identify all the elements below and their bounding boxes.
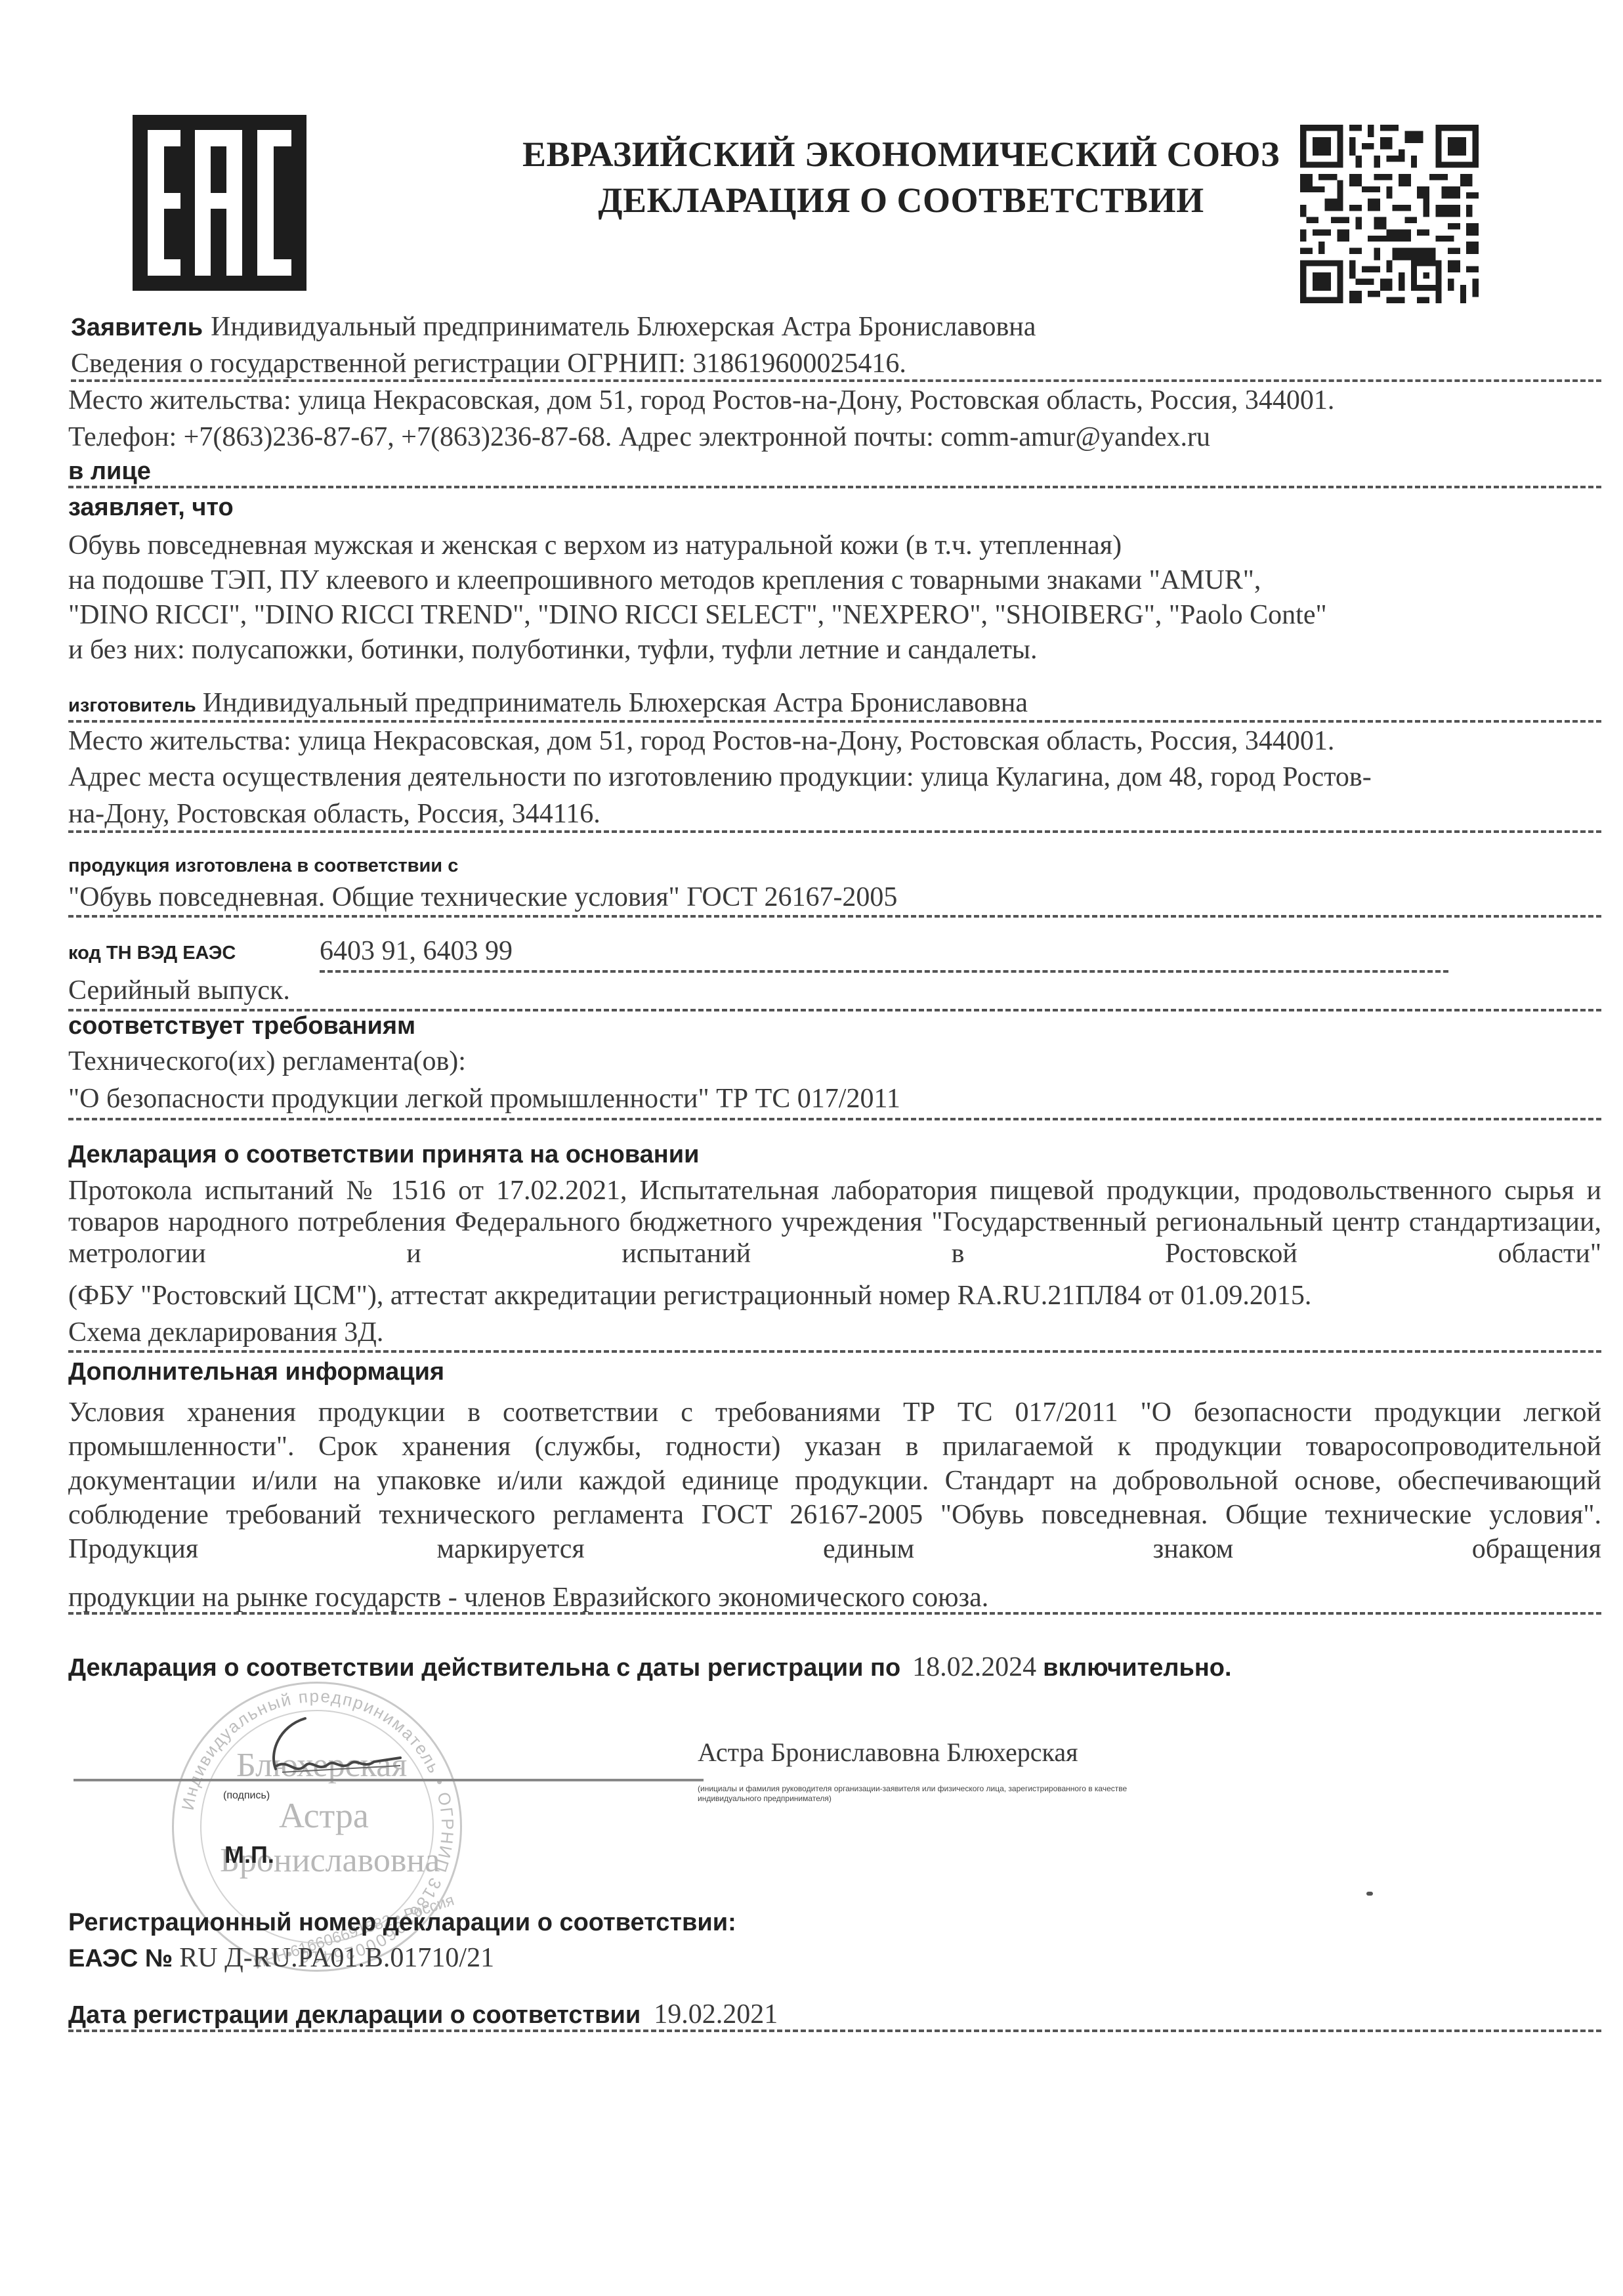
signer-name-caption: (инициалы и фамилия руководителя организ…	[698, 1784, 1127, 1804]
complies-line-2: "О безопасности продукции легкой промышл…	[68, 1083, 900, 1115]
validity-suffix: включительно.	[1043, 1654, 1231, 1682]
applicant-row: Заявитель Индивидуальный предприниматель…	[71, 311, 1036, 343]
divider	[71, 379, 1601, 382]
scan-mark	[1366, 1892, 1373, 1896]
represented-by-label: в лице	[68, 457, 151, 486]
produced-per-label: продукция изготовлена в соответствии с	[68, 855, 458, 877]
registration-date-row: Дата регистрации декларации о соответств…	[68, 1999, 778, 2030]
manufacturer-row: изготовитель Индивидуальный предпринимат…	[68, 687, 1028, 719]
validity-date: 18.02.2024	[912, 1652, 1036, 1682]
registration-number-row: ЕАЭС № RU Д-RU.PA01.B.01710/21	[68, 1942, 494, 1974]
signature-line	[74, 1779, 704, 1781]
applicant-label: Заявитель	[71, 314, 203, 341]
basis-text: Протокола испытаний № 1516 от 17.02.2021…	[68, 1175, 1601, 1269]
divider	[68, 1612, 1601, 1615]
manufacturer-name: Индивидуальный предприниматель Блюхерска…	[203, 688, 1028, 718]
registration-date-label: Дата регистрации декларации о соответств…	[68, 2001, 641, 2029]
divider	[68, 830, 1601, 833]
validity-row: Декларация о соответствии действительна …	[68, 1651, 1232, 1683]
divider	[68, 2030, 1601, 2032]
signer-name: Астра Брониславовна Блюхерская	[698, 1737, 1078, 1768]
qr-code-icon	[1298, 125, 1481, 303]
additional-label: Дополнительная информация	[68, 1358, 444, 1386]
divider	[68, 915, 1601, 918]
product-line-3: "DINO RICCI", "DINO RICCI TREND", "DINO …	[68, 599, 1327, 631]
produced-per-value: "Обувь повседневная. Общие технические у…	[68, 882, 897, 913]
tn-ved-value: 6403 91, 6403 99	[320, 935, 513, 967]
registration-date: 19.02.2021	[654, 1999, 778, 2030]
divider	[320, 970, 1448, 973]
validity-label: Декларация о соответствии действительна …	[68, 1654, 900, 1682]
manufacturer-residence: Место жительства: улица Некрасовская, до…	[68, 725, 1334, 757]
signature-caption: (подпись)	[223, 1790, 270, 1802]
applicant-residence: Место жительства: улица Некрасовская, до…	[68, 385, 1334, 416]
header-title: ЕВРАЗИЙСКИЙ ЭКОНОМИЧЕСКИЙ СОЮЗ ДЕКЛАРАЦИ…	[507, 131, 1295, 223]
divider	[68, 1118, 1601, 1120]
tn-ved-label: код ТН ВЭД ЕАЭС	[68, 943, 236, 964]
applicant-name: Индивидуальный предприниматель Блюхерска…	[211, 312, 1036, 342]
product-line-2: на подошве ТЭП, ПУ клеевого и клеепрошив…	[68, 564, 1261, 596]
handwritten-signature	[243, 1713, 413, 1785]
registration-number-prefix: ЕАЭС №	[68, 1945, 173, 1972]
divider	[68, 720, 1601, 723]
registration-number-label: Регистрационный номер декларации о соотв…	[68, 1909, 736, 1937]
eac-logo	[133, 115, 306, 291]
declaration-scheme: Схема декларирования 3Д.	[68, 1317, 383, 1348]
additional-last-line: продукции на рынке государств - членов Е…	[68, 1582, 988, 1613]
production-address-line-1: Адрес места осуществления деятельности п…	[68, 761, 1372, 793]
product-line-1: Обувь повседневная мужская и женская с в…	[68, 530, 1122, 561]
stamp-center-name: Астра	[279, 1795, 369, 1836]
seal-label: М.П.	[224, 1841, 274, 1869]
complies-line-1: Технического(их) регламента(ов):	[68, 1046, 466, 1077]
divider	[68, 486, 1601, 488]
title-line-1: ЕВРАЗИЙСКИЙ ЭКОНОМИЧЕСКИЙ СОЮЗ	[507, 131, 1295, 177]
basis-accreditation: (ФБУ "Ростовский ЦСМ"), аттестат аккреди…	[68, 1280, 1311, 1311]
release-type: Серийный выпуск.	[68, 975, 290, 1006]
divider	[68, 1009, 1601, 1011]
additional-text: Условия хранения продукции в соответстви…	[68, 1395, 1601, 1566]
applicant-contacts: Телефон: +7(863)236-87-67, +7(863)236-87…	[68, 421, 1210, 453]
applicant-registration: Сведения о государственной регистрации О…	[71, 348, 906, 379]
manufacturer-label: изготовитель	[68, 695, 196, 716]
divider	[68, 1350, 1601, 1353]
product-line-4: и без них: полусапожки, ботинки, полубот…	[68, 634, 1038, 666]
complies-label: соответствует требованиям	[68, 1012, 415, 1040]
declares-label: заявляет, что	[68, 494, 234, 522]
production-address-line-2: на-Дону, Ростовская область, Россия, 344…	[68, 798, 601, 830]
registration-number: RU Д-RU.PA01.B.01710/21	[179, 1943, 494, 1973]
title-line-2: ДЕКЛАРАЦИЯ О СООТВЕТСТВИИ	[507, 177, 1295, 223]
basis-label: Декларация о соответствии принята на осн…	[68, 1141, 699, 1169]
